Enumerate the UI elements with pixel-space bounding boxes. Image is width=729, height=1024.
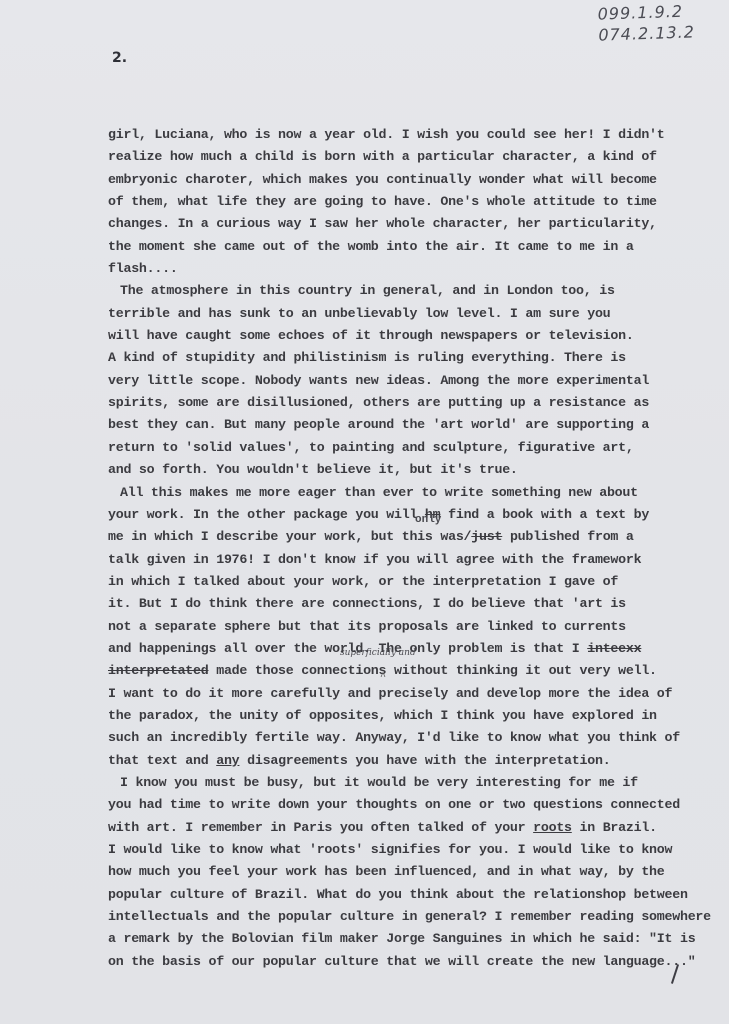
text-line: best they can. But many people around th… bbox=[108, 414, 711, 436]
line-text: a remark by the Bolovian film maker Jorg… bbox=[108, 931, 695, 946]
line-text: on the basis of our popular culture that… bbox=[108, 954, 695, 969]
line-text: I know you must be busy, but it would be… bbox=[120, 775, 638, 790]
line-text: talk given in 1976! I don't know if you … bbox=[108, 552, 641, 567]
text-line: that text and any disagreements you have… bbox=[108, 750, 711, 772]
text-line: embryonic charoter, which makes you cont… bbox=[108, 169, 711, 191]
struck-text: inteexx bbox=[587, 641, 641, 656]
line-text: not a separate sphere but that its propo… bbox=[108, 619, 626, 634]
text-line: of them, what life they are going to hav… bbox=[108, 191, 711, 213]
text-line: such an incredibly fertile way. Anyway, … bbox=[108, 727, 711, 749]
underlined-text: roots bbox=[533, 820, 572, 835]
line-text: I want to do it more carefully and preci… bbox=[108, 686, 672, 701]
line-text: All this makes me more eager than ever t… bbox=[120, 485, 638, 500]
text-line: girl, Luciana, who is now a year old. I … bbox=[108, 124, 711, 146]
text-line: talk given in 1976! I don't know if you … bbox=[108, 549, 711, 571]
text-line: popular culture of Brazil. What do you t… bbox=[108, 884, 711, 906]
archive-reference: 099.1.9.2 074.2.13.2 bbox=[597, 0, 695, 45]
line-text: intellectuals and the popular culture in… bbox=[108, 909, 711, 924]
line-text-continued: in Brazil. bbox=[572, 820, 657, 835]
text-line: will have caught some echoes of it throu… bbox=[108, 325, 711, 347]
text-line: return to 'solid values', to painting an… bbox=[108, 437, 711, 459]
page-number: 2. bbox=[112, 50, 127, 66]
line-text: of them, what life they are going to hav… bbox=[108, 194, 657, 209]
line-text: embryonic charoter, which makes you cont… bbox=[108, 172, 657, 187]
text-line: interpretated made those connections wit… bbox=[108, 660, 711, 682]
line-text: how much you feel your work has been inf… bbox=[108, 864, 665, 879]
line-text: your work. In the other package you will bbox=[108, 507, 425, 522]
line-text: I would like to know what 'roots' signif… bbox=[108, 842, 672, 857]
text-line: realize how much a child is born with a … bbox=[108, 146, 711, 168]
text-line: with art. I remember in Paris you often … bbox=[108, 817, 711, 839]
text-line: in which I talked about your work, or th… bbox=[108, 571, 711, 593]
text-line: terrible and has sunk to an unbelievably… bbox=[108, 303, 711, 325]
line-text: A kind of stupidity and philistinism is … bbox=[108, 350, 626, 365]
line-text: very little scope. Nobody wants new idea… bbox=[108, 373, 649, 388]
line-text: such an incredibly fertile way. Anyway, … bbox=[108, 730, 680, 745]
line-text: that text and bbox=[108, 753, 216, 768]
line-text-continued: find a book with a text by bbox=[440, 507, 649, 522]
line-text: in which I talked about your work, or th… bbox=[108, 574, 618, 589]
struck-text: just bbox=[471, 529, 502, 544]
line-text: realize how much a child is born with a … bbox=[108, 149, 657, 164]
insertion-caret: ^ bbox=[380, 672, 386, 683]
line-text: terrible and has sunk to an unbelievably… bbox=[108, 306, 610, 321]
line-text: best they can. But many people around th… bbox=[108, 417, 649, 432]
text-line: how much you feel your work has been inf… bbox=[108, 861, 711, 883]
line-text-continued: disagreements you have with the interpre… bbox=[239, 753, 610, 768]
text-line: your work. In the other package you will… bbox=[108, 504, 711, 526]
line-text: changes. In a curious way I saw her whol… bbox=[108, 216, 657, 231]
line-text: return to 'solid values', to painting an… bbox=[108, 440, 634, 455]
text-line: you had time to write down your thoughts… bbox=[108, 794, 711, 816]
line-text: it. But I do think there are connections… bbox=[108, 596, 626, 611]
text-line: the moment she came out of the womb into… bbox=[108, 236, 711, 258]
typed-insertion: only bbox=[415, 515, 441, 526]
text-line: The atmosphere in this country in genera… bbox=[108, 280, 711, 302]
text-line: spirits, some are disillusioned, others … bbox=[108, 392, 711, 414]
text-line: All this makes me more eager than ever t… bbox=[108, 482, 711, 504]
line-text: will have caught some echoes of it throu… bbox=[108, 328, 634, 343]
text-line: and so forth. You wouldn't believe it, b… bbox=[108, 459, 711, 481]
handwritten-insertion: superficially and bbox=[340, 648, 416, 659]
text-line: not a separate sphere but that its propo… bbox=[108, 616, 711, 638]
line-text: the moment she came out of the womb into… bbox=[108, 239, 634, 254]
text-line: a remark by the Bolovian film maker Jorg… bbox=[108, 928, 711, 950]
text-line: intellectuals and the popular culture in… bbox=[108, 906, 711, 928]
letter-page: 099.1.9.2 074.2.13.2 2. girl, Luciana, w… bbox=[0, 0, 729, 1024]
text-line: on the basis of our popular culture that… bbox=[108, 951, 711, 973]
line-text: popular culture of Brazil. What do you t… bbox=[108, 887, 688, 902]
struck-text: interpretated bbox=[108, 663, 208, 678]
text-line: changes. In a curious way I saw her whol… bbox=[108, 213, 711, 235]
text-line: A kind of stupidity and philistinism is … bbox=[108, 347, 711, 369]
line-text: flash.... bbox=[108, 261, 178, 276]
letter-body: girl, Luciana, who is now a year old. I … bbox=[108, 124, 711, 973]
underlined-text: any bbox=[216, 753, 239, 768]
text-line: the paradox, the unity of opposites, whi… bbox=[108, 705, 711, 727]
line-text: with art. I remember in Paris you often … bbox=[108, 820, 533, 835]
line-text-continued: published from a bbox=[502, 529, 633, 544]
text-line: me in which I describe your work, but th… bbox=[108, 526, 711, 548]
line-text: you had time to write down your thoughts… bbox=[108, 797, 680, 812]
archive-ref-line-2: 074.2.13.2 bbox=[598, 21, 695, 45]
line-text: spirits, some are disillusioned, others … bbox=[108, 395, 649, 410]
line-text: the paradox, the unity of opposites, whi… bbox=[108, 708, 657, 723]
text-line: I know you must be busy, but it would be… bbox=[108, 772, 711, 794]
line-text: and so forth. You wouldn't believe it, b… bbox=[108, 462, 518, 477]
text-line: I would like to know what 'roots' signif… bbox=[108, 839, 711, 861]
text-line: flash.... bbox=[108, 258, 711, 280]
line-text: The atmosphere in this country in genera… bbox=[120, 283, 615, 298]
text-line: very little scope. Nobody wants new idea… bbox=[108, 370, 711, 392]
text-line: it. But I do think there are connections… bbox=[108, 593, 711, 615]
text-line: I want to do it more carefully and preci… bbox=[108, 683, 711, 705]
line-text: girl, Luciana, who is now a year old. I … bbox=[108, 127, 665, 142]
line-text: me in which I describe your work, but th… bbox=[108, 529, 471, 544]
line-text-continued: made those connections without thinking … bbox=[208, 663, 656, 678]
